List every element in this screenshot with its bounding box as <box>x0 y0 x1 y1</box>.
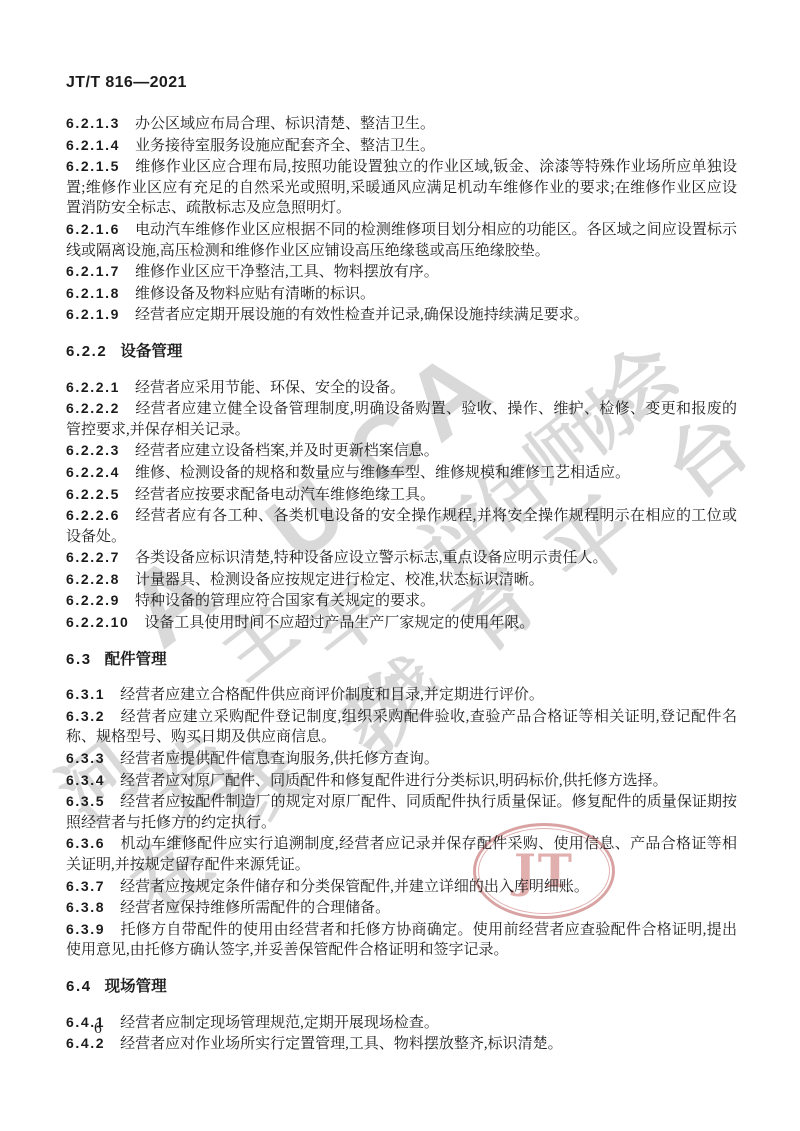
clause-text: 计量器具、检测设备应按规定进行检定、校准,状态标识清晰。 <box>135 572 544 588</box>
clause-number: 6.3.6 <box>66 835 105 851</box>
clause-text: 经营者应提供配件信息查询服务,供托修方查询。 <box>120 751 439 767</box>
clause-number: 6.2.2.1 <box>66 379 120 395</box>
clause-text: 机动车维修配件应实行追溯制度,经营者应记录并保存配件采购、使用信息、产品合格证等… <box>66 836 737 873</box>
clause-text: 业务接待室服务设施应配套齐全、整洁卫生。 <box>135 138 435 154</box>
clause-number: 6.2.2.6 <box>66 507 120 523</box>
clause-text: 特种设备的管理应符合国家有关规定的要求。 <box>135 593 435 609</box>
clause-number: 6.2.2.5 <box>66 486 120 502</box>
clause-number: 6.3.7 <box>66 878 105 894</box>
clause-number: 6.2.2.8 <box>66 571 120 587</box>
clause-text: 电动汽车维修作业区应根据不同的检测维修项目划分相应的功能区。各区域之间应设置标示… <box>66 222 737 259</box>
clause-paragraph: 6.2.2.2经营者应建立健全设备管理制度,明确设备购置、验收、操作、维护、检修… <box>66 398 737 440</box>
clause-number: 6.3.1 <box>66 686 105 702</box>
section-heading: 6.3配件管理 <box>66 650 737 671</box>
clause-text: 维修、检测设备的规格和数量应与维修车型、维修规模和维修工艺相适应。 <box>135 465 630 481</box>
clause-number: 6.2.2.10 <box>66 614 129 630</box>
clause-number: 6.2.1.4 <box>66 137 120 153</box>
clause-text: 设备管理 <box>120 343 182 360</box>
clause-text: 维修作业区应合理布局,按照功能设置独立的作业区域,钣金、涂漆等特殊作业场所应单独… <box>66 159 737 216</box>
clause-paragraph: 6.3.4经营者应对原厂配件、同质配件和修复配件进行分类标识,明码标价,供托修方… <box>66 770 737 792</box>
clause-paragraph: 6.2.1.6电动汽车维修作业区应根据不同的检测维修项目划分相应的功能区。各区域… <box>66 219 737 261</box>
clause-paragraph: 6.3.8经营者应保持维修所需配件的合理储备。 <box>66 897 737 919</box>
clause-number: 6.2.2.4 <box>66 464 120 480</box>
clause-paragraph: 6.2.2.8计量器具、检测设备应按规定进行检定、校准,状态标识清晰。 <box>66 569 737 591</box>
clause-number: 6.3.4 <box>66 772 105 788</box>
clause-paragraph: 6.3.5经营者应按配件制造厂的规定对原厂配件、同质配件执行质量保证。修复配件的… <box>66 791 737 833</box>
clause-text: 设备工具使用时间不应超过产品生产厂家规定的使用年限。 <box>144 615 534 631</box>
clause-text: 经营者应按要求配备电动汽车维修绝缘工具。 <box>135 487 435 503</box>
clause-paragraph: 6.2.2.5经营者应按要求配备电动汽车维修绝缘工具。 <box>66 484 737 506</box>
clause-text: 经营者应保持维修所需配件的合理储备。 <box>120 900 390 916</box>
clause-text: 维修设备及物料应贴有清晰的标识。 <box>135 286 375 302</box>
page-number: 6 <box>94 1020 102 1038</box>
clause-text: 经营者应建立采购配件登记制度,组织采购配件验收,查验产品合格证等相关证明,登记配… <box>66 709 737 746</box>
clause-text: 经营者应制定现场管理规范,定期开展现场检查。 <box>120 1015 439 1031</box>
clause-paragraph: 6.3.1经营者应建立合格配件供应商评价制度和目录,并定期进行评价。 <box>66 684 737 706</box>
clause-number: 6.4 <box>66 978 92 995</box>
clause-paragraph: 6.3.9托修方自带配件的使用由经营者和托修方协商确定。使用前经营者应查验配件合… <box>66 919 737 961</box>
clause-number: 6.2.1.3 <box>66 115 120 131</box>
clause-paragraph: 6.2.1.4业务接待室服务设施应配套齐全、整洁卫生。 <box>66 135 737 157</box>
clause-paragraph: 6.2.2.10设备工具使用时间不应超过产品生产厂家规定的使用年限。 <box>66 612 737 634</box>
clause-paragraph: 6.2.1.7维修作业区应干净整洁,工具、物料摆放有序。 <box>66 261 737 283</box>
clause-text: 经营者应建立合格配件供应商评价制度和目录,并定期进行评价。 <box>120 687 544 703</box>
clause-paragraph: 6.2.1.5维修作业区应合理布局,按照功能设置独立的作业区域,钣金、涂漆等特殊… <box>66 156 737 219</box>
clause-number: 6.2.1.5 <box>66 158 120 174</box>
clause-number: 6.2.1.7 <box>66 263 120 279</box>
clause-text: 现场管理 <box>105 978 167 995</box>
clause-paragraph: 6.2.1.8维修设备及物料应贴有清晰的标识。 <box>66 283 737 305</box>
clause-paragraph: 6.2.2.1经营者应采用节能、环保、安全的设备。 <box>66 377 737 399</box>
clause-text: 各类设备应标识清楚,特种设备应设立警示标志,重点设备应明示责任人。 <box>135 550 608 566</box>
clause-text: 经营者应有各工种、各类机电设备的安全操作规程,并将安全操作规程明示在相应的工位或… <box>66 508 737 545</box>
clause-text: 经营者应建立设备档案,并及时更新档案信息。 <box>135 443 439 459</box>
clause-number: 6.2.2.9 <box>66 592 120 608</box>
clause-number: 6.2.2 <box>66 343 107 360</box>
clause-text: 经营者应建立健全设备管理制度,明确设备购置、验收、操作、维护、检修、变更和报废的… <box>66 401 737 438</box>
clause-paragraph: 6.2.2.4维修、检测设备的规格和数量应与维修车型、维修规模和维修工艺相适应。 <box>66 462 737 484</box>
clause-number: 6.3.3 <box>66 750 105 766</box>
standard-number-header: JT/T 816—2021 <box>66 74 187 92</box>
clause-text: 经营者应按配件制造厂的规定对原厂配件、同质配件执行质量保证。修复配件的质量保证期… <box>66 794 737 831</box>
clause-number: 6.3.5 <box>66 793 105 809</box>
clause-number: 6.3.9 <box>66 921 105 937</box>
clause-text: 经营者应按规定条件储存和分类保管配件,并建立详细的出入库明细账。 <box>120 879 589 895</box>
clause-paragraph: 6.3.6机动车维修配件应实行追溯制度,经营者应记录并保存配件采购、使用信息、产… <box>66 833 737 875</box>
clause-text: 经营者应采用节能、环保、安全的设备。 <box>135 380 405 396</box>
clause-paragraph: 6.2.2.6经营者应有各工种、各类机电设备的安全操作规程,并将安全操作规程明示… <box>66 505 737 547</box>
clause-paragraph: 6.3.7经营者应按规定条件储存和分类保管配件,并建立详细的出入库明细账。 <box>66 876 737 898</box>
clause-paragraph: 6.4.1经营者应制定现场管理规范,定期开展现场检查。 <box>66 1012 737 1034</box>
clause-text: 配件管理 <box>105 651 167 668</box>
clause-text: 维修作业区应干净整洁,工具、物料摆放有序。 <box>135 264 439 280</box>
clause-paragraph: 6.3.3经营者应提供配件信息查询服务,供托修方查询。 <box>66 748 737 770</box>
clause-text: 经营者应定期开展设施的有效性检查并记录,确保设施持续满足要求。 <box>135 307 589 323</box>
clause-paragraph: 6.2.1.3办公区域应布局合理、标识清楚、整洁卫生。 <box>66 113 737 135</box>
clause-paragraph: 6.3.2经营者应建立采购配件登记制度,组织采购配件验收,查验产品合格证等相关证… <box>66 706 737 748</box>
clause-text: 经营者应对作业场所实行定置管理,工具、物料摆放整齐,标识清楚。 <box>120 1036 563 1052</box>
document-page: AUCA主车教育评估平师协会台河造线在线 JT JT/T 816—2021 6.… <box>0 0 800 1131</box>
clause-number: 6.2.2.2 <box>66 400 120 416</box>
clause-text: 办公区域应布局合理、标识清楚、整洁卫生。 <box>135 116 435 132</box>
clause-paragraph: 6.2.2.3经营者应建立设备档案,并及时更新档案信息。 <box>66 440 737 462</box>
clause-number: 6.3 <box>66 651 92 668</box>
clause-paragraph: 6.2.2.7各类设备应标识清楚,特种设备应设立警示标志,重点设备应明示责任人。 <box>66 547 737 569</box>
section-heading: 6.4现场管理 <box>66 977 737 998</box>
clause-number: 6.2.1.9 <box>66 306 120 322</box>
section-heading: 6.2.2设备管理 <box>66 342 737 363</box>
clause-paragraph: 6.4.2经营者应对作业场所实行定置管理,工具、物料摆放整齐,标识清楚。 <box>66 1033 737 1055</box>
clause-number: 6.2.1.6 <box>66 221 120 237</box>
clause-text: 经营者应对原厂配件、同质配件和修复配件进行分类标识,明码标价,供托修方选择。 <box>120 773 668 789</box>
clause-number: 6.2.2.7 <box>66 549 120 565</box>
clause-paragraph: 6.2.2.9特种设备的管理应符合国家有关规定的要求。 <box>66 590 737 612</box>
document-content: 6.2.1.3办公区域应布局合理、标识清楚、整洁卫生。6.2.1.4业务接待室服… <box>66 113 737 1055</box>
clause-number: 6.2.2.3 <box>66 442 120 458</box>
clause-text: 托修方自带配件的使用由经营者和托修方协商确定。使用前经营者应查验配件合格证明,提… <box>66 922 737 959</box>
clause-number: 6.2.1.8 <box>66 285 120 301</box>
clause-number: 6.3.8 <box>66 899 105 915</box>
clause-paragraph: 6.2.1.9经营者应定期开展设施的有效性检查并记录,确保设施持续满足要求。 <box>66 304 737 326</box>
clause-number: 6.3.2 <box>66 708 105 724</box>
